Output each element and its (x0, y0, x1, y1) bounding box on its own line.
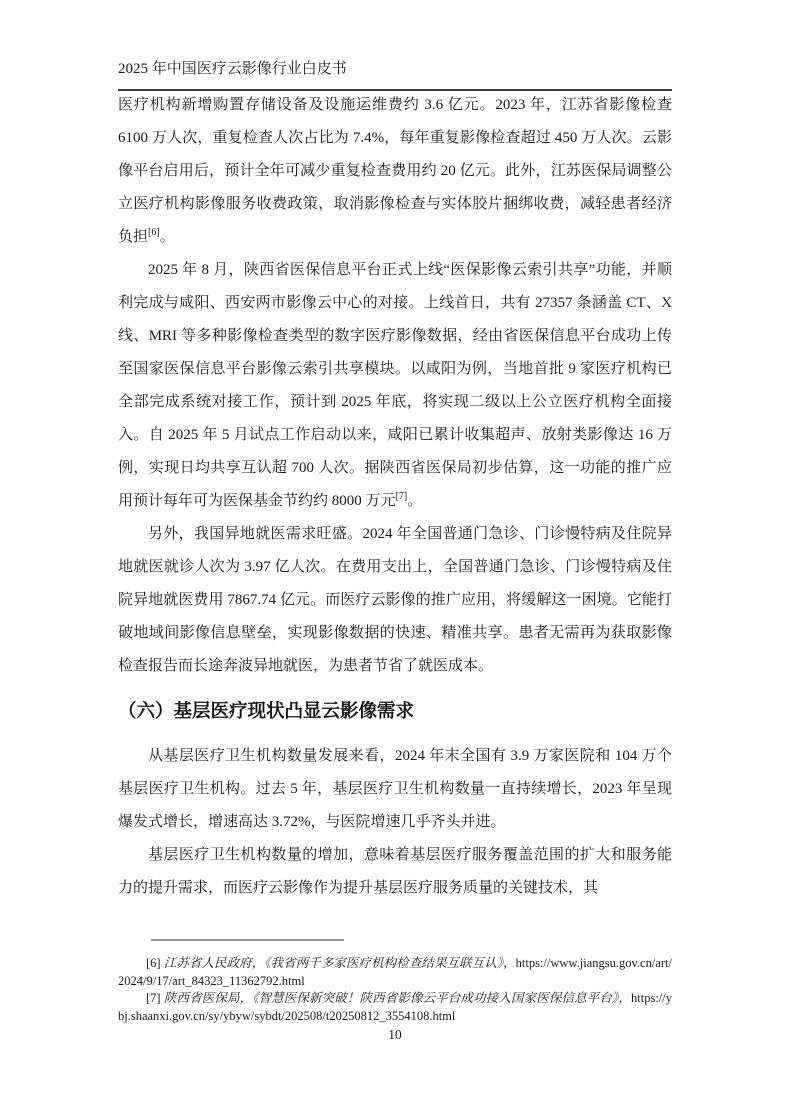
footnote-ref-sup: [7] (396, 491, 408, 502)
footnote-citation: 江苏省人民政府，《我省两千多家医疗机构检查结果互联互认》， (164, 956, 516, 970)
page-number: 10 (0, 1027, 790, 1043)
body-paragraph: 基层医疗卫生机构数量的增加，意味着基层医疗服务覆盖范围的扩大和服务能力的提升需求… (118, 839, 672, 905)
body-paragraph: 2025 年 8 月，陕西省医保信息平台正式上线“医保影像云索引共享”功能，并顺… (118, 254, 672, 518)
body-paragraph: 从基层医疗卫生机构数量发展来看，2024 年末全国有 3.9 万家医院和 104… (118, 740, 672, 839)
paragraph-text-run: 从基层医疗卫生机构数量发展来看，2024 年末全国有 3.9 万家医院和 104… (118, 748, 672, 830)
body-paragraph: 医疗机构新增购置存储设备及设施运维费约 3.6 亿元。2023 年，江苏省影像检… (118, 89, 672, 254)
document-page: 2025 年中国医疗云影像行业白皮书 医疗机构新增购置存储设备及设施运维费约 3… (0, 0, 790, 1117)
footnote-ref-sup: [6] (148, 227, 160, 238)
paragraph-text-run: 2025 年 8 月，陕西省医保信息平台正式上线“医保影像云索引共享”功能，并顺… (118, 262, 672, 509)
page-header: 2025 年中国医疗云影像行业白皮书 (118, 61, 672, 91)
section-heading: （六）基层医疗现状凸显云影像需求 (118, 699, 672, 725)
document-body: 医疗机构新增购置存储设备及设施运维费约 3.6 亿元。2023 年，江苏省影像检… (118, 89, 672, 905)
body-paragraph: 另外，我国异地就医需求旺盛。2024 年全国普通门急诊、门诊慢特病及住院异地就医… (118, 518, 672, 683)
footnotes-section: [6] 江苏省人民政府，《我省两千多家医疗机构检查结果互联互认》，https:/… (118, 939, 672, 1025)
footnote-citation: 陕西省医保局，《智慧医保新突破！陕西省影像云平台成功接入国家医保信息平台》， (164, 991, 631, 1005)
paragraph-text-run: 。 (407, 493, 422, 509)
footnote-list: [6] 江苏省人民政府，《我省两千多家医疗机构检查结果互联互认》，https:/… (118, 955, 672, 1025)
footnote-marker: [7] (146, 991, 161, 1005)
footnote-item: [6] 江苏省人民政府，《我省两千多家医疗机构检查结果互联互认》，https:/… (118, 955, 672, 990)
footnote-separator (151, 939, 344, 941)
paragraph-text-run: 基层医疗卫生机构数量的增加，意味着基层医疗服务覆盖范围的扩大和服务能力的提升需求… (118, 847, 672, 896)
footnote-marker: [6] (146, 956, 161, 970)
paragraph-text-run: 另外，我国异地就医需求旺盛。2024 年全国普通门急诊、门诊慢特病及住院异地就医… (118, 526, 672, 674)
paragraph-text-run: 。 (160, 229, 175, 245)
page-header-title: 2025 年中国医疗云影像行业白皮书 (118, 61, 672, 78)
footnote-item: [7] 陕西省医保局，《智慧医保新突破！陕西省影像云平台成功接入国家医保信息平台… (118, 990, 672, 1025)
paragraph-text-run: 医疗机构新增购置存储设备及设施运维费约 3.6 亿元。2023 年，江苏省影像检… (118, 97, 672, 245)
